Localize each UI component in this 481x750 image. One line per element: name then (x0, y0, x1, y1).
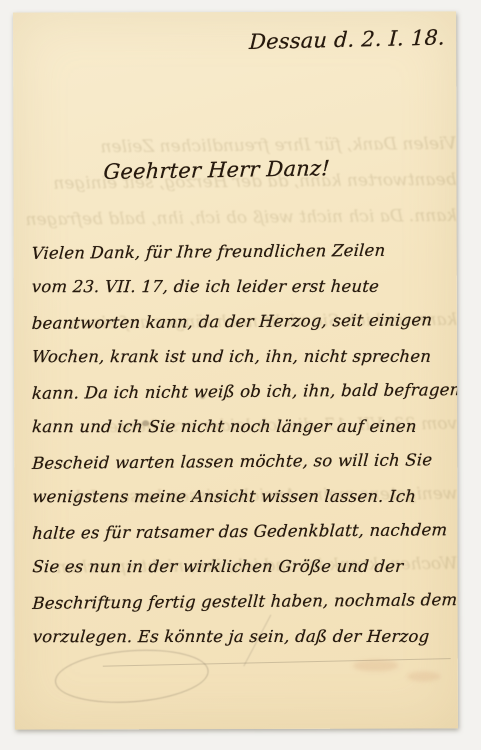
letter-body: Vielen Dank, für Ihre freundlichen Zeile… (32, 233, 454, 654)
body-line: wenigstens meine Ansicht wissen lassen. … (31, 479, 454, 514)
body-line: vorzulegen. Es könnte ja sein, daß der H… (32, 619, 455, 654)
body-line: Vielen Dank, für Ihre freundlichen Zeile… (31, 232, 454, 271)
body-line: kann und ich Sie nicht noch länger auf e… (31, 409, 454, 444)
body-line: beantworten kann, da der Herzog, seit ei… (31, 302, 454, 341)
body-line: Sie es nun in der wirklichen Größe und d… (31, 549, 454, 584)
body-line: Wochen, krank ist und ich, ihn, nicht sp… (31, 339, 454, 374)
body-line: halte es für ratsamer das Gedenkblatt, n… (31, 512, 454, 551)
bleed-through-line: Vielen Dank, für Ihre freundlichen Zeile… (13, 134, 456, 158)
body-line: Beschriftung fertig gestellt haben, noch… (31, 582, 454, 621)
body-line: vom 23. VII. 17, die ich leider erst heu… (31, 269, 454, 304)
salutation: Geehrter Herr Danz! (103, 156, 331, 184)
stain (407, 671, 441, 681)
dateline: Dessau d. 2. I. 18. (249, 25, 446, 54)
letter-paper: Vielen Dank, für Ihre freundlichen Zeile… (13, 11, 458, 729)
body-line: kann. Da ich nicht weiß ob ich, ihn, bal… (31, 372, 454, 411)
body-line: Bescheid warten lassen möchte, so will i… (31, 442, 454, 481)
photo-background: Vielen Dank, für Ihre freundlichen Zeile… (0, 0, 481, 750)
bleed-through-line: kann. Da ich nicht weiß ob ich, ihn, bal… (14, 206, 457, 230)
